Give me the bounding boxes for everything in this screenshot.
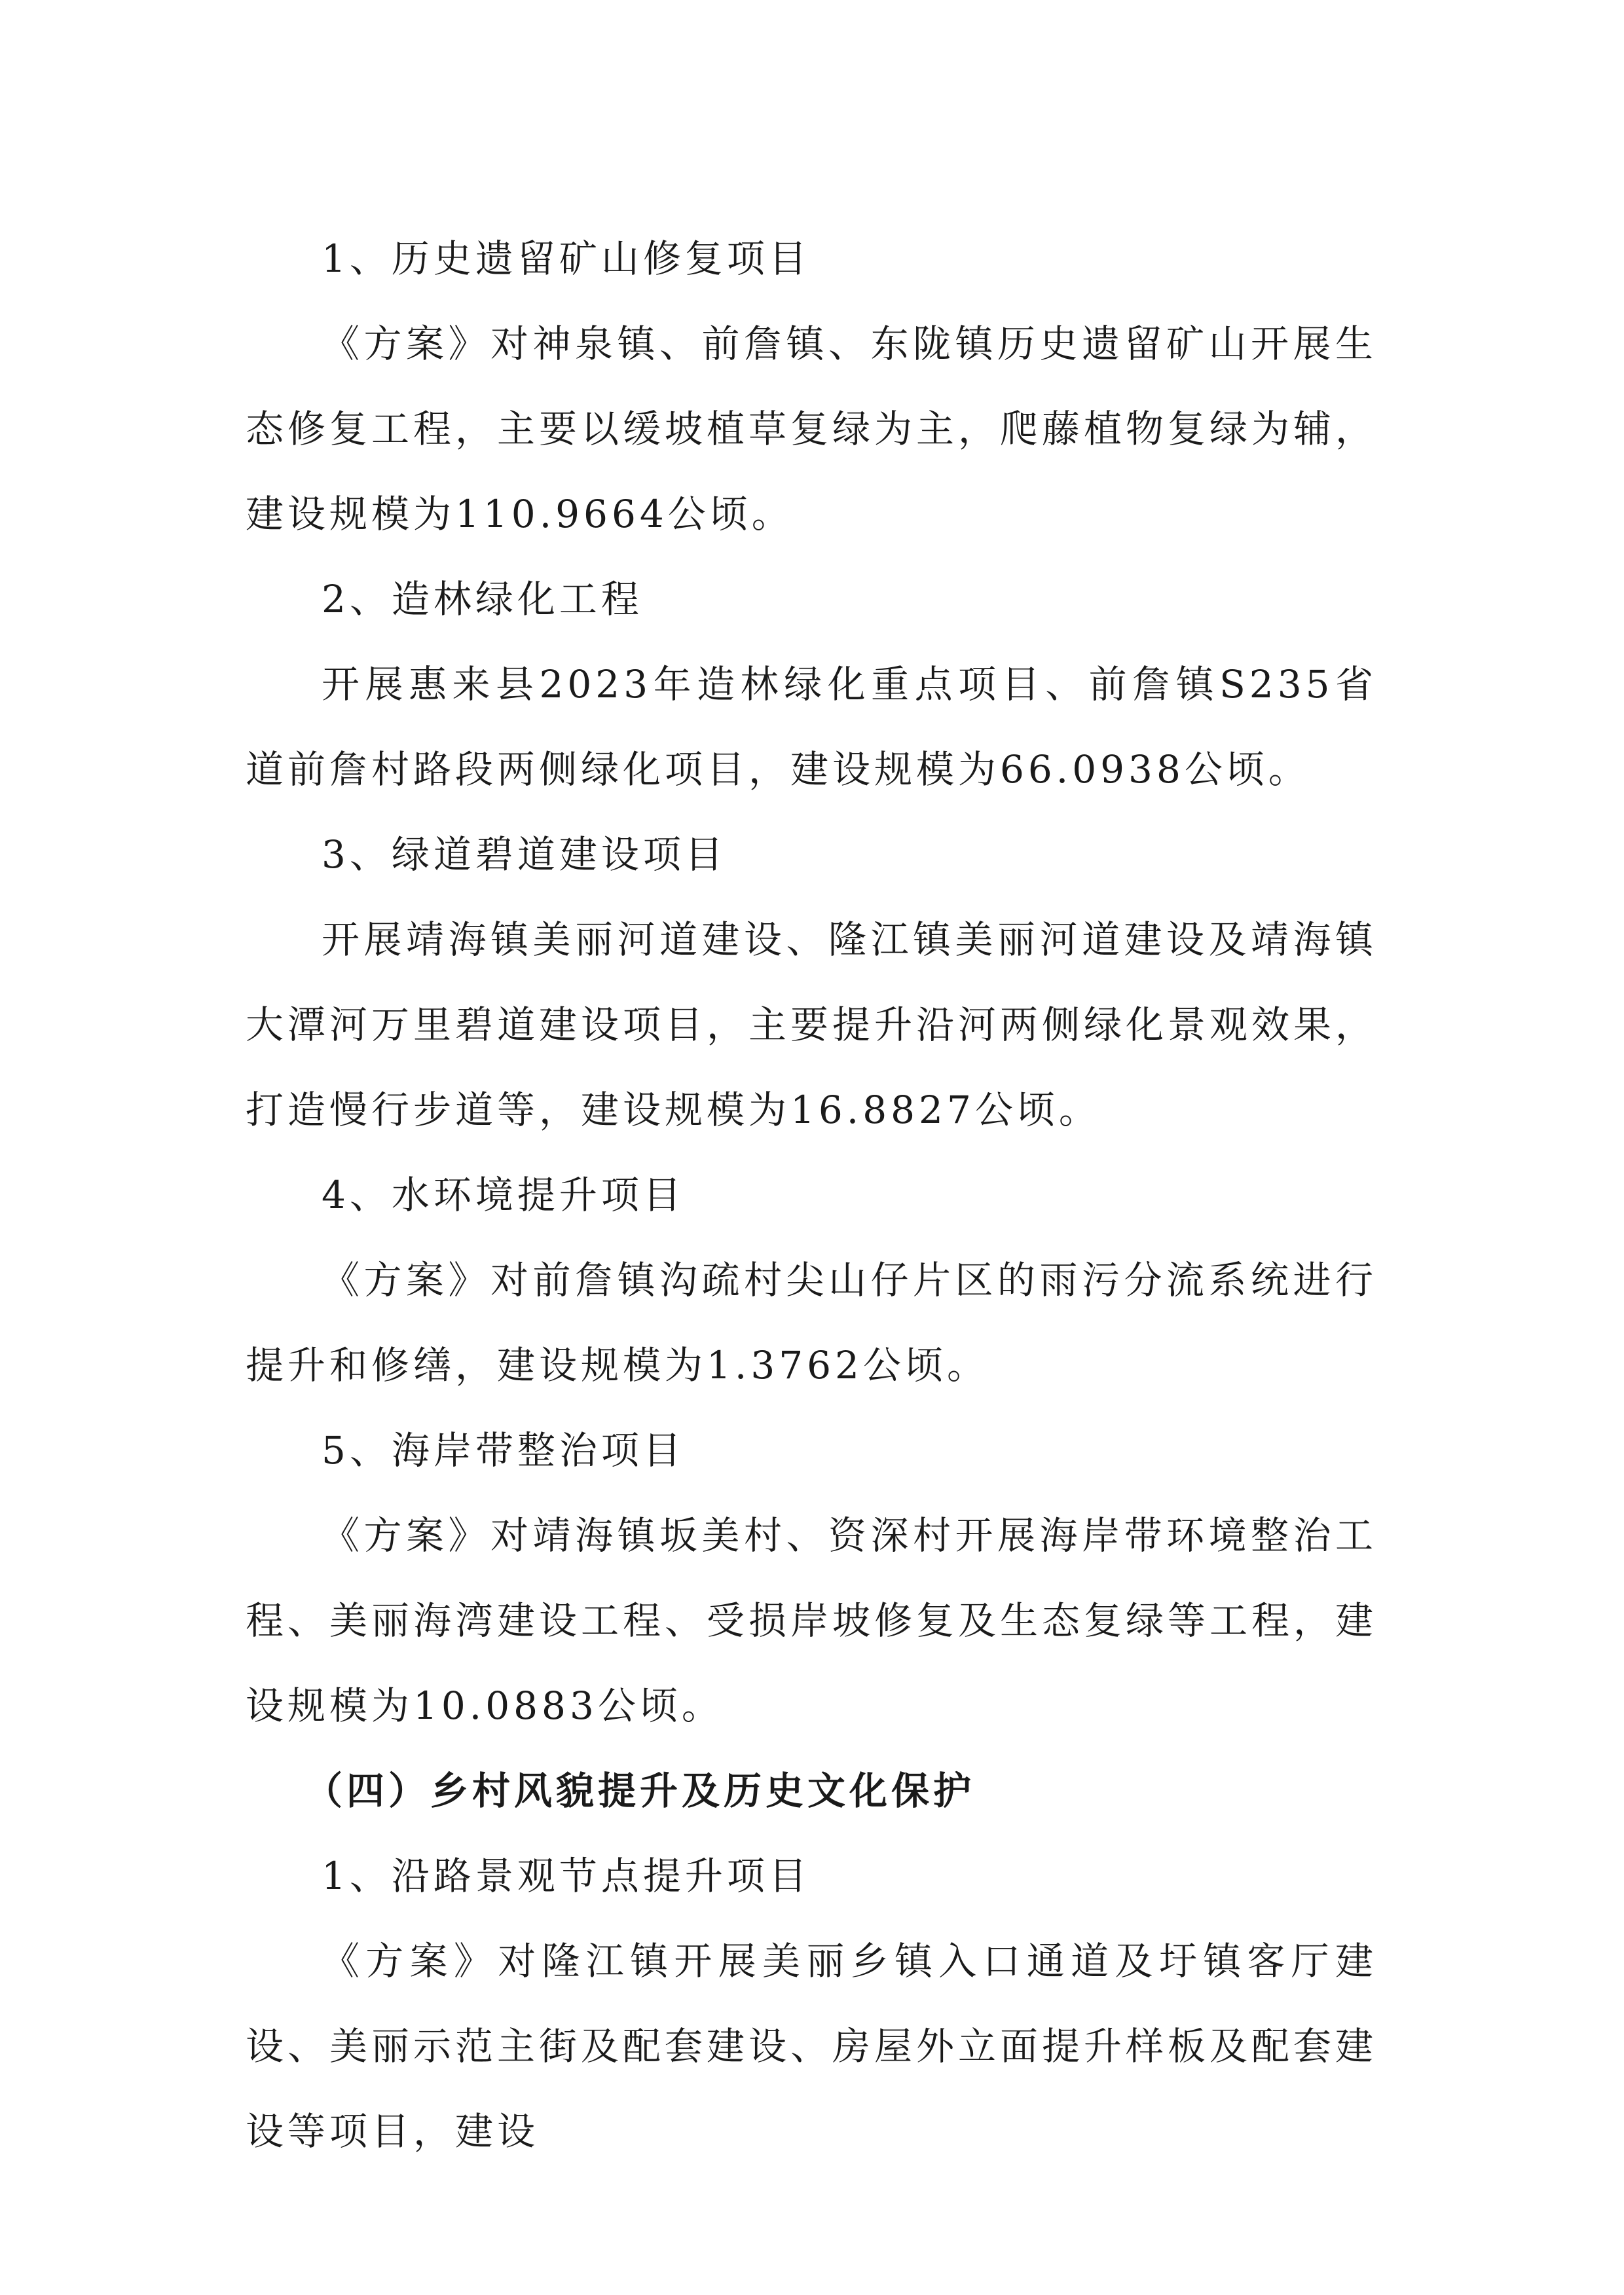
subsection-heading-greenway: 3、绿道碧道建设项目 [246, 812, 1377, 897]
section-heading-rural-landscape: （四）乡村风貌提升及历史文化保护 [246, 1748, 1377, 1833]
paragraph-water-environment: 《方案》对前詹镇沟疏村尖山仔片区的雨污分流系统进行提升和修缮，建设规模为1.37… [246, 1238, 1377, 1408]
paragraph-coastal: 《方案》对靖海镇坂美村、资深村开展海岸带环境整治工程、美丽海湾建设工程、受损岸坡… [246, 1493, 1377, 1748]
paragraph-roadside-landscape: 《方案》对隆江镇开展美丽乡镇入口通道及圩镇客厅建设、美丽示范主街及配套建设、房屋… [246, 1919, 1377, 2174]
paragraph-mine-restoration: 《方案》对神泉镇、前詹镇、东陇镇历史遗留矿山开展生态修复工程，主要以缓坡植草复绿… [246, 301, 1377, 557]
paragraph-greenway: 开展靖海镇美丽河道建设、隆江镇美丽河道建设及靖海镇大潭河万里碧道建设项目，主要提… [246, 897, 1377, 1152]
subsection-heading-roadside-landscape: 1、沿路景观节点提升项目 [246, 1833, 1377, 1919]
subsection-heading-afforestation: 2、造林绿化工程 [246, 557, 1377, 642]
document-page: 1、历史遗留矿山修复项目 《方案》对神泉镇、前詹镇、东陇镇历史遗留矿山开展生态修… [246, 216, 1377, 2174]
subsection-heading-coastal: 5、海岸带整治项目 [246, 1408, 1377, 1493]
subsection-heading-water-environment: 4、水环境提升项目 [246, 1152, 1377, 1238]
subsection-heading-mine-restoration: 1、历史遗留矿山修复项目 [246, 216, 1377, 301]
paragraph-afforestation: 开展惠来县2023年造林绿化重点项目、前詹镇S235省道前詹村路段两侧绿化项目，… [246, 642, 1377, 812]
